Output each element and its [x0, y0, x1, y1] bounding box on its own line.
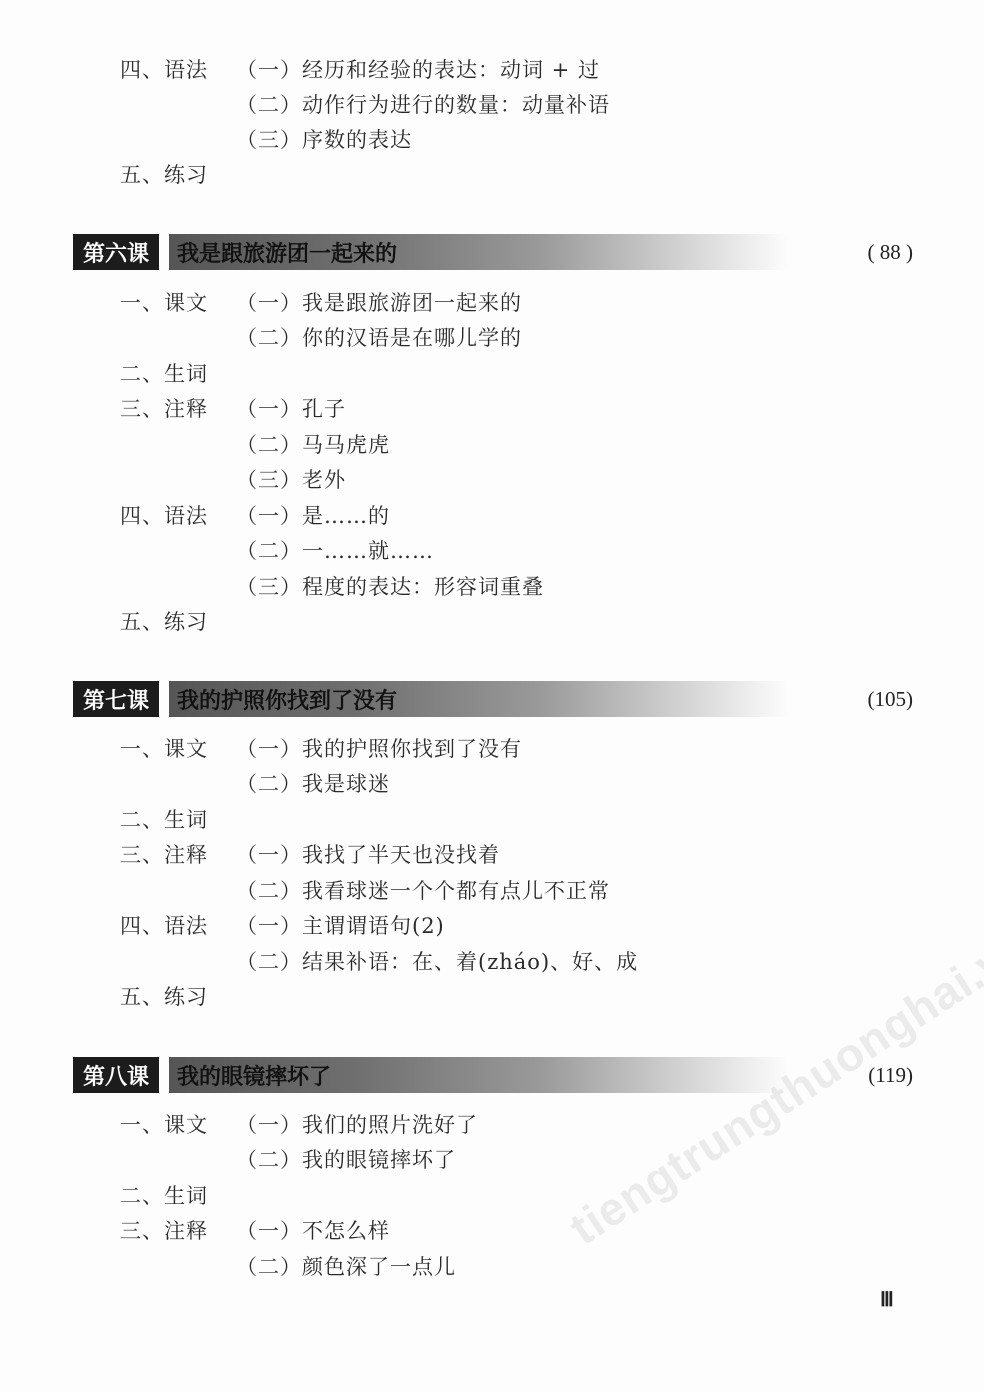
- lesson-page-number: ( 88 ): [868, 234, 914, 270]
- subsection-title: （二）我看球迷一个个都有点儿不正常: [236, 875, 610, 905]
- toc-item: （三）老外: [120, 462, 346, 496]
- lesson-title: 我是跟旅游团一起来的: [169, 237, 397, 268]
- toc-item: （二）颜色深了一点儿: [120, 1249, 456, 1283]
- subsection-title: （三）老外: [236, 464, 346, 494]
- subsection-title: （二）一……就……: [236, 535, 434, 565]
- toc-item: 三、注释 （一）我找了半天也没找着: [120, 837, 500, 871]
- toc-item: （二）你的汉语是在哪儿学的: [120, 320, 522, 354]
- subsection-title: （一）我的护照你找到了没有: [236, 733, 522, 763]
- toc-item: 三、注释 （一）不怎么样: [120, 1213, 390, 1247]
- section-label: 一、课文: [120, 733, 236, 763]
- toc-item: （二）一……就……: [120, 533, 434, 567]
- subsection-title: （二）结果补语：在、着(zháo)、好、成: [236, 946, 638, 976]
- toc-item: 一、课文 （一）我的护照你找到了没有: [120, 731, 522, 765]
- toc-item: （二）我看球迷一个个都有点儿不正常: [120, 873, 610, 907]
- subsection-title: （一）是……的: [236, 500, 390, 530]
- subsection-title: （三）程度的表达：形容词重叠: [236, 571, 544, 601]
- lesson-header-6[interactable]: 第六课 我是跟旅游团一起来的 ( 88 ): [73, 234, 923, 270]
- toc-item: 五、练习: [120, 604, 236, 638]
- subsection-title: （一）我是跟旅游团一起来的: [236, 287, 522, 317]
- subsection-title: （二）颜色深了一点儿: [236, 1251, 456, 1281]
- subsection-title: （一）不怎么样: [236, 1215, 390, 1245]
- subsection-title: （二）你的汉语是在哪儿学的: [236, 322, 522, 352]
- subsection-title: （一）主谓谓语句(2): [236, 910, 445, 940]
- toc-item: 一、课文 （一）我们的照片洗好了: [120, 1107, 478, 1141]
- toc-item: （二）结果补语：在、着(zháo)、好、成: [120, 944, 638, 978]
- toc-item: 五、练习: [120, 979, 236, 1013]
- section-label: 五、练习: [120, 159, 236, 189]
- subsection-title: （二）我是球迷: [236, 768, 390, 798]
- page-folio: Ⅲ: [880, 1287, 894, 1312]
- lesson-number-badge: 第八课: [73, 1057, 159, 1093]
- section-label: 四、语法: [120, 54, 236, 84]
- section-label: 二、生词: [120, 1180, 236, 1210]
- subsection-title: （一）我找了半天也没找着: [236, 839, 500, 869]
- section-label: 三、注释: [120, 1215, 236, 1245]
- section-label: 四、语法: [120, 500, 236, 530]
- lesson-title-bar: 我是跟旅游团一起来的: [169, 234, 789, 270]
- toc-item: （三）序数的表达: [120, 122, 412, 156]
- toc-item: （二）我的眼镜摔坏了: [120, 1142, 456, 1176]
- section-label: 二、生词: [120, 358, 236, 388]
- toc-item: 三、注释 （一）孔子: [120, 391, 346, 425]
- toc-item: 二、生词: [120, 802, 236, 836]
- toc-item: （二）动作行为进行的数量：动量补语: [120, 87, 610, 121]
- lesson-title: 我的护照你找到了没有: [169, 684, 397, 715]
- subsection-title: （一）孔子: [236, 393, 346, 423]
- toc-item: 五、练习: [120, 157, 236, 191]
- section-label: 五、练习: [120, 981, 236, 1011]
- toc-item: 四、语法 （一）经历和经验的表达：动词 + 过: [120, 52, 600, 86]
- subsection-title: （二）马马虎虎: [236, 429, 390, 459]
- toc-item: （二）马马虎虎: [120, 427, 390, 461]
- section-label: 四、语法: [120, 910, 236, 940]
- toc-page: 四、语法 （一）经历和经验的表达：动词 + 过 （二）动作行为进行的数量：动量补…: [0, 0, 984, 1393]
- subsection-title: （一）经历和经验的表达：动词 + 过: [236, 54, 600, 84]
- section-label: 三、注释: [120, 393, 236, 423]
- lesson-title-bar: 我的护照你找到了没有: [169, 681, 789, 717]
- toc-item: 四、语法 （一）主谓谓语句(2): [120, 908, 445, 942]
- lesson-number-badge: 第七课: [73, 681, 159, 717]
- lesson-page-number: (105): [868, 681, 914, 717]
- subsection-title: （二）动作行为进行的数量：动量补语: [236, 89, 610, 119]
- lesson-number-badge: 第六课: [73, 234, 159, 270]
- subsection-title: （三）序数的表达: [236, 124, 412, 154]
- subsection-title: （一）我们的照片洗好了: [236, 1109, 478, 1139]
- section-label: 一、课文: [120, 1109, 236, 1139]
- section-label: 一、课文: [120, 287, 236, 317]
- section-label: 二、生词: [120, 804, 236, 834]
- lesson-title-bar: 我的眼镜摔坏了: [169, 1057, 789, 1093]
- subsection-title: （二）我的眼镜摔坏了: [236, 1144, 456, 1174]
- toc-item: 四、语法 （一）是……的: [120, 498, 390, 532]
- section-label: 三、注释: [120, 839, 236, 869]
- lesson-title: 我的眼镜摔坏了: [169, 1060, 331, 1091]
- toc-item: 二、生词: [120, 356, 236, 390]
- toc-item: 二、生词: [120, 1178, 236, 1212]
- toc-item: （三）程度的表达：形容词重叠: [120, 569, 544, 603]
- lesson-header-7[interactable]: 第七课 我的护照你找到了没有 (105): [73, 681, 923, 717]
- toc-item: 一、课文 （一）我是跟旅游团一起来的: [120, 285, 522, 319]
- toc-item: （二）我是球迷: [120, 766, 390, 800]
- section-label: 五、练习: [120, 606, 236, 636]
